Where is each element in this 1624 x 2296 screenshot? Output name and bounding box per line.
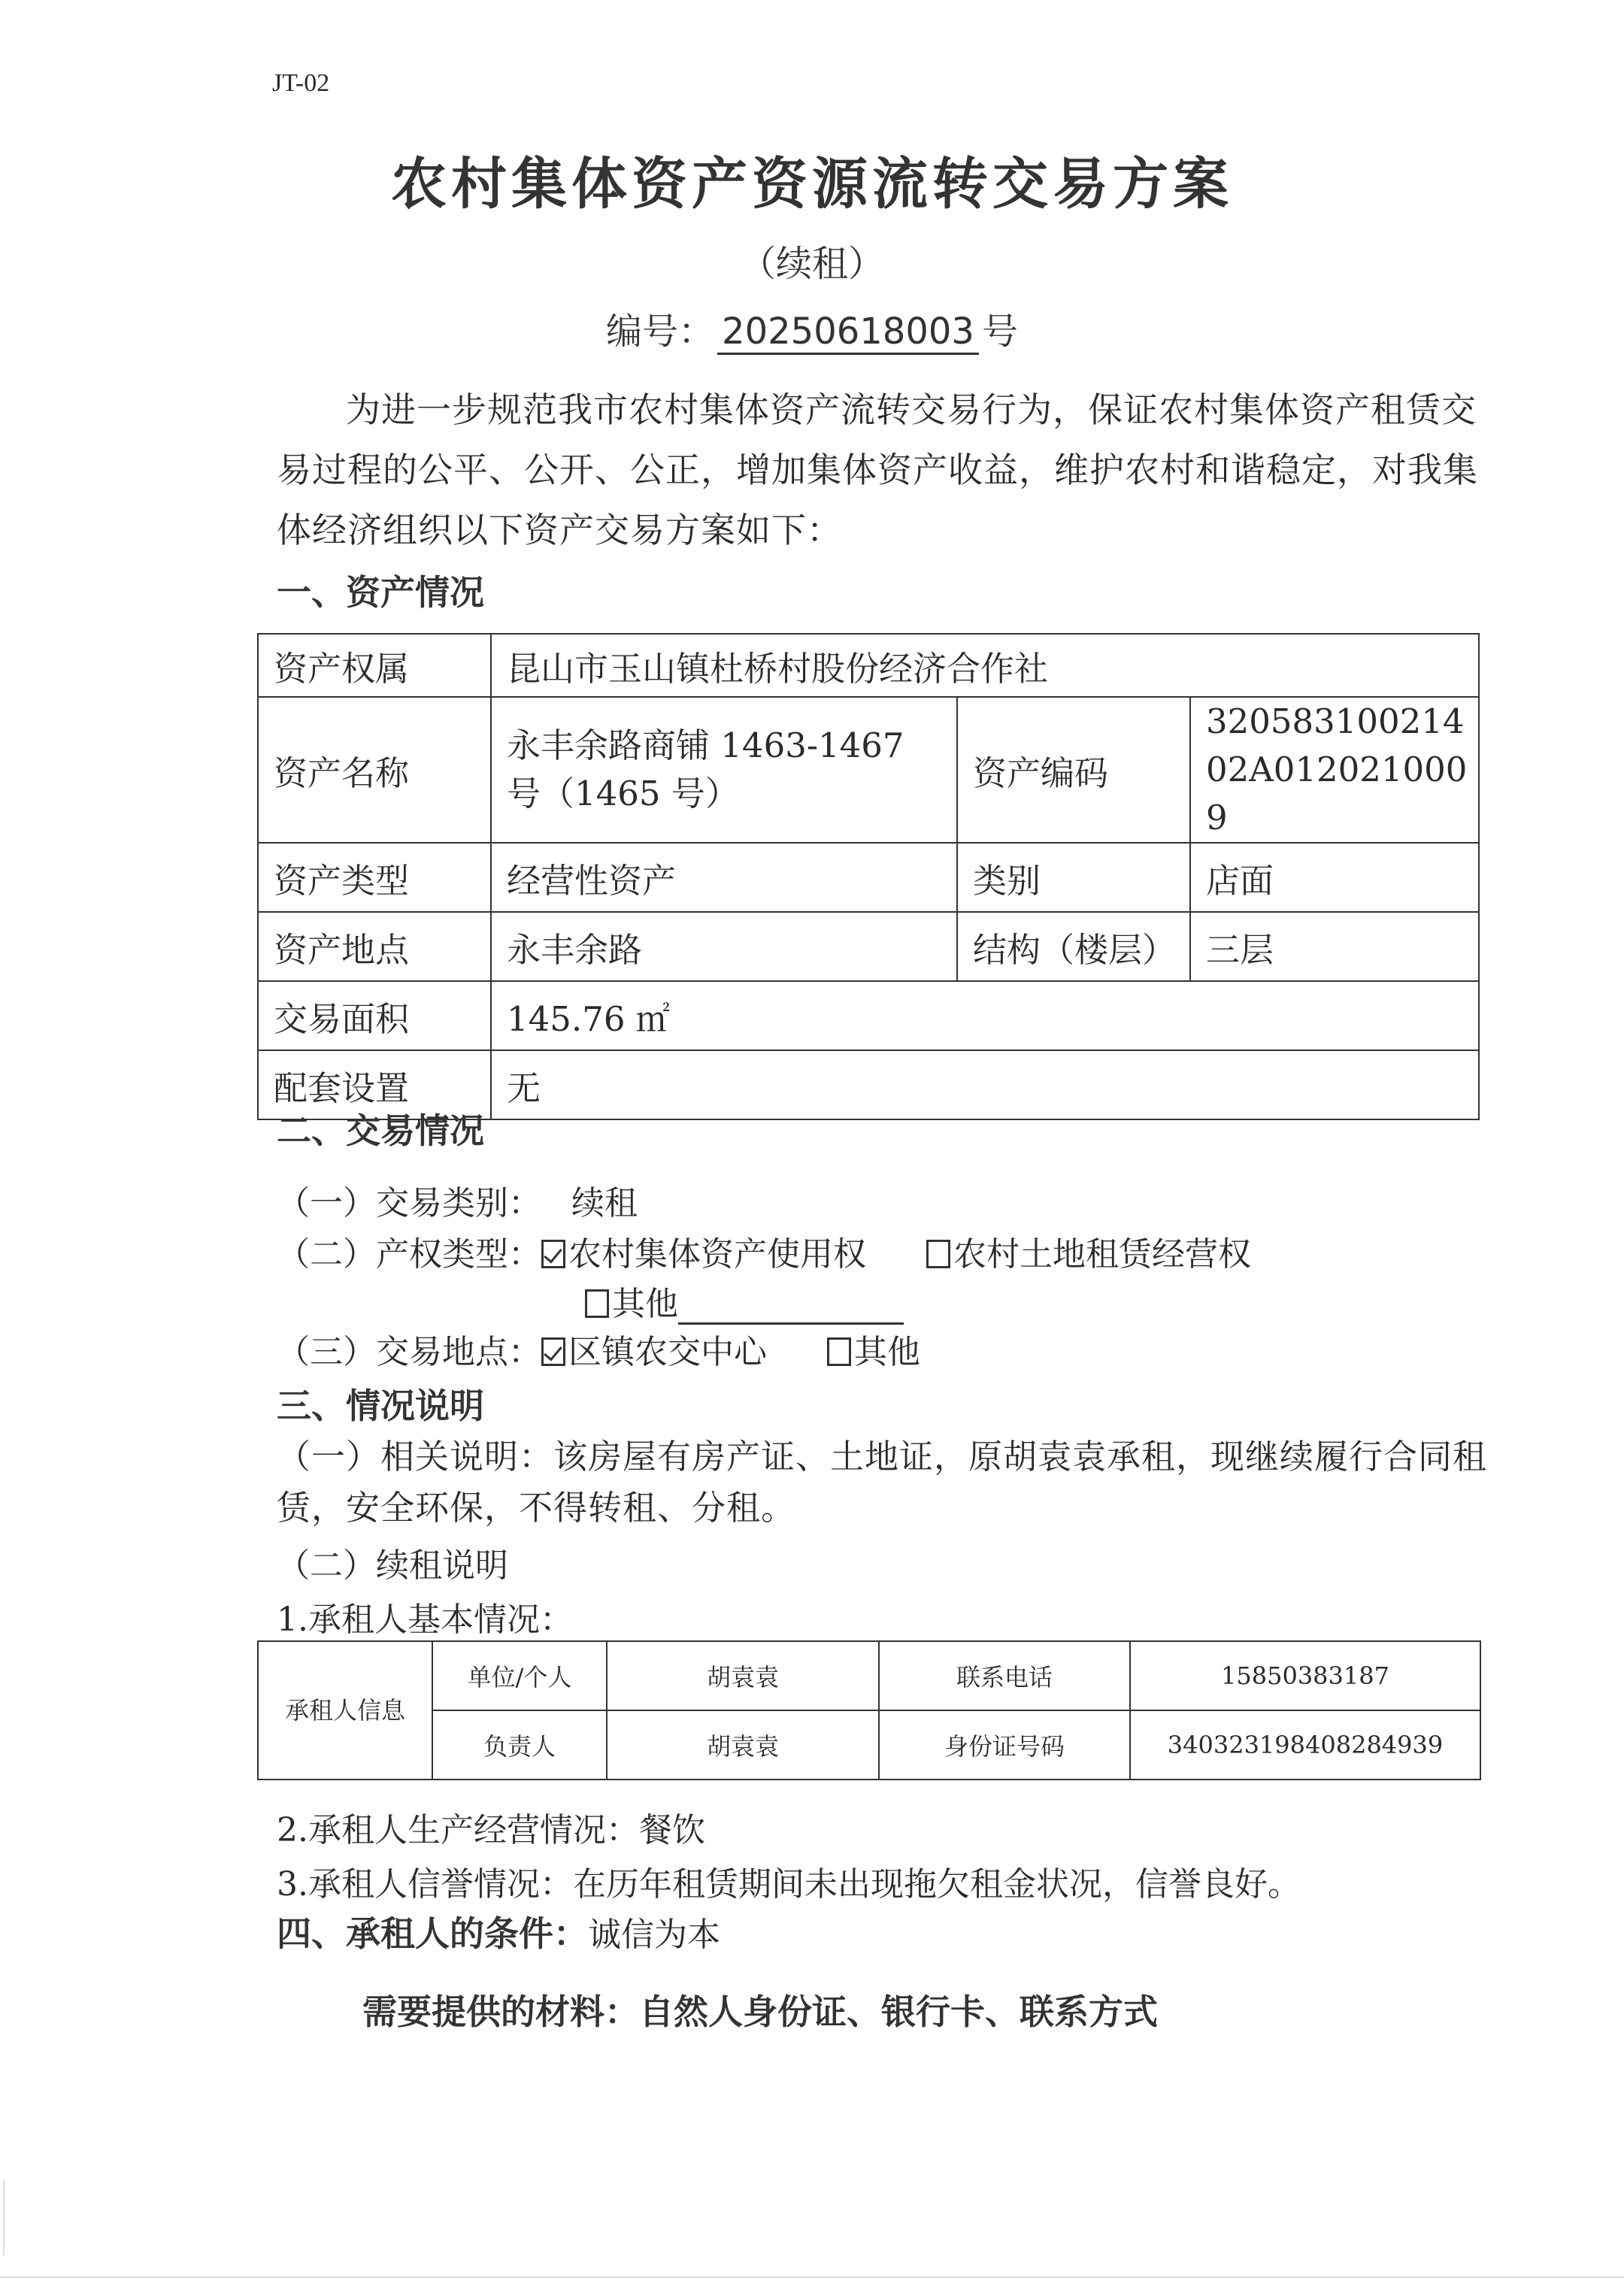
cell-value: 无 bbox=[491, 1050, 1479, 1119]
cell-label: 结构（楼层） bbox=[957, 912, 1190, 981]
renewal-heading: （二）续租说明 bbox=[277, 1538, 508, 1586]
lessee-row: 承租人信息 单位/个人 胡袁袁 联系电话 15850383187 bbox=[258, 1641, 1480, 1710]
asset-table: 资产权属 昆山市玉山镇杜桥村股份经济合作社 资产名称 永丰余路商铺 1463-1… bbox=[257, 633, 1480, 1120]
related-description: （一）相关说明：该房屋有房产证、土地证，原胡袁袁承租，现继续履行合同租赁，安全环… bbox=[277, 1431, 1487, 1534]
trade-location-label: （三）交易地点： bbox=[277, 1333, 541, 1371]
cell-value: 经营性资产 bbox=[491, 843, 957, 912]
cell-value: 昆山市玉山镇杜桥村股份经济合作社 bbox=[491, 634, 1479, 697]
cell-label: 资产类型 bbox=[258, 843, 491, 912]
option-label: 农村集体资产使用权 bbox=[568, 1235, 866, 1274]
checkbox-land-lease-right[interactable] bbox=[926, 1240, 950, 1268]
cell-label: 联系电话 bbox=[879, 1641, 1130, 1710]
doc-number-suffix: 号 bbox=[982, 310, 1018, 353]
trade-type-line: （一）交易类别：续租 bbox=[277, 1176, 638, 1224]
cell-label: 类别 bbox=[957, 843, 1190, 912]
property-type-label: （二）产权类型： bbox=[277, 1235, 541, 1274]
checkbox-collective-asset-use-right[interactable] bbox=[541, 1240, 565, 1268]
trade-type-label: （一）交易类别： bbox=[277, 1184, 541, 1222]
other-blank-field[interactable] bbox=[678, 1292, 904, 1325]
lessee-group-label: 承租人信息 bbox=[258, 1641, 432, 1780]
checkbox-location-other[interactable] bbox=[827, 1337, 851, 1366]
section1-heading: 一、资产情况 bbox=[277, 565, 484, 615]
cell-label: 交易面积 bbox=[258, 981, 491, 1050]
option-label: 农村土地租赁经营权 bbox=[953, 1235, 1251, 1274]
materials-label: 需要提供的材料： bbox=[362, 1992, 639, 2032]
cell-label: 单位/个人 bbox=[432, 1641, 607, 1710]
asset-row-type: 资产类型 经营性资产 类别 店面 bbox=[258, 843, 1479, 912]
section4: 四、承租人的条件：诚信为本 bbox=[277, 1907, 720, 1956]
asset-row-ownership: 资产权属 昆山市玉山镇杜桥村股份经济合作社 bbox=[258, 634, 1479, 697]
credit-info: 3.承租人信誉情况：在历年租赁期间未出现拖欠租金状况，信誉良好。 bbox=[277, 1857, 1301, 1905]
business-info: 2.承租人生产经营情况：餐饮 bbox=[277, 1803, 705, 1851]
document-subtitle: （续租） bbox=[0, 235, 1624, 286]
asset-row-name: 资产名称 永丰余路商铺 1463-1467 号（1465 号） 资产编码 320… bbox=[258, 697, 1479, 843]
lessee-row: 负责人 胡袁袁 身份证号码 340323198408284939 bbox=[258, 1710, 1480, 1780]
document-title: 农村集体资产资源流转交易方案 bbox=[0, 140, 1624, 220]
lessee-table: 承租人信息 单位/个人 胡袁袁 联系电话 15850383187 负责人 胡袁袁… bbox=[257, 1640, 1481, 1780]
cell-label: 资产名称 bbox=[258, 697, 491, 843]
cell-value: 三层 bbox=[1190, 912, 1479, 981]
cell-value: 145.76 ㎡ bbox=[491, 981, 1479, 1050]
doc-number-label: 编号： bbox=[606, 310, 714, 353]
option-label: 区镇农交中心 bbox=[568, 1333, 767, 1371]
cell-label: 资产地点 bbox=[258, 912, 491, 981]
cell-value: 胡袁袁 bbox=[607, 1641, 879, 1710]
trade-location-line: （三）交易地点：区镇农交中心其他 bbox=[277, 1325, 920, 1373]
asset-row-area: 交易面积 145.76 ㎡ bbox=[258, 981, 1479, 1050]
option-label: 其他 bbox=[612, 1285, 678, 1323]
scan-bottom-edge bbox=[0, 2276, 1624, 2278]
section3-heading: 三、情况说明 bbox=[277, 1379, 484, 1428]
property-type-other-line: 其他 bbox=[585, 1277, 904, 1325]
section2-heading: 二、交易情况 bbox=[277, 1104, 484, 1153]
form-code: JT-02 bbox=[272, 69, 329, 98]
lessee-basic-label: 1.承租人基本情况： bbox=[277, 1592, 573, 1640]
intro-paragraph: 为进一步规范我市农村集体资产流转交易行为，保证农村集体资产租赁交易过程的公平、公… bbox=[277, 380, 1480, 560]
cell-value: 340323198408284939 bbox=[1130, 1710, 1480, 1780]
section4-value: 诚信为本 bbox=[588, 1916, 720, 1954]
doc-number-value: 20250618003 bbox=[717, 310, 979, 355]
property-type-line: （二）产权类型：农村集体资产使用权农村土地租赁经营权 bbox=[277, 1227, 1251, 1275]
cell-value: 店面 bbox=[1190, 843, 1479, 912]
document-number: 编号：20250618003号 bbox=[0, 302, 1624, 355]
cell-value: 永丰余路 bbox=[491, 912, 957, 981]
section4-heading: 四、承租人的条件： bbox=[277, 1913, 588, 1954]
checkbox-district-center[interactable] bbox=[541, 1337, 565, 1366]
cell-label: 负责人 bbox=[432, 1710, 607, 1780]
cell-value: 永丰余路商铺 1463-1467 号（1465 号） bbox=[491, 697, 957, 843]
required-materials: 需要提供的材料：自然人身份证、银行卡、联系方式 bbox=[362, 1985, 1158, 2034]
cell-value: 32058310021402A0120210009 bbox=[1190, 697, 1479, 843]
cell-label: 身份证号码 bbox=[879, 1710, 1130, 1780]
cell-label: 资产编码 bbox=[957, 697, 1190, 843]
option-label: 其他 bbox=[854, 1333, 920, 1371]
materials-value: 自然人身份证、银行卡、联系方式 bbox=[639, 1992, 1158, 2032]
trade-type-value: 续租 bbox=[571, 1184, 638, 1222]
asset-row-location: 资产地点 永丰余路 结构（楼层） 三层 bbox=[258, 912, 1479, 981]
cell-value: 胡袁袁 bbox=[607, 1710, 879, 1780]
scan-edge bbox=[3, 2180, 5, 2255]
cell-value: 15850383187 bbox=[1130, 1641, 1480, 1710]
checkbox-property-other[interactable] bbox=[585, 1289, 609, 1318]
cell-label: 资产权属 bbox=[258, 634, 491, 697]
